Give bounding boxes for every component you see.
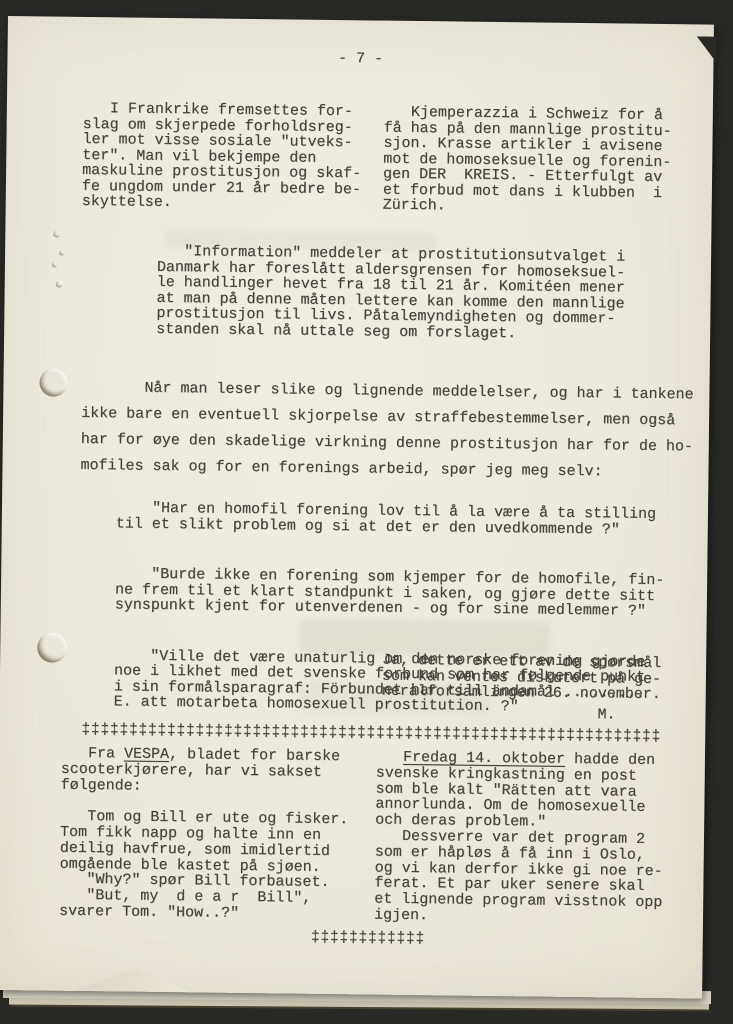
closing-divider: ‡‡‡‡‡‡‡‡‡‡‡‡ — [311, 930, 425, 947]
article-switzerland: Kjemperazzia i Schweiz for å få has på d… — [383, 105, 672, 217]
article-vespa-joke: Fra VESPA, bladet for barske scooterkjør… — [59, 746, 349, 923]
editorial-answer: Ja, dette er ett av de spørsmål som kan … — [382, 653, 662, 703]
article-information-denmark: "Information" meddeler at prostitutionsu… — [156, 244, 625, 343]
staple-mark — [59, 251, 64, 256]
staple-mark — [56, 281, 63, 288]
punch-hole — [39, 368, 67, 396]
question-quote-1: "Har en homofil forening lov til å la væ… — [116, 500, 665, 538]
radio-body-text: hadde den svenske kringkastning en post … — [374, 751, 663, 924]
radio-lead-text — [376, 749, 403, 766]
article-france: I Frankrike fremsettes for- slag om skje… — [82, 101, 362, 213]
vespa-body-text: , bladet for barske scooterkjørere, har … — [59, 746, 348, 922]
staple-mark — [53, 231, 60, 238]
document-page: - 7 - I Frankrike fremsettes for- slag o… — [0, 16, 714, 999]
editorial-signature: M. — [597, 707, 615, 723]
page-number: - 7 - — [7, 46, 713, 72]
staple-mark — [52, 263, 57, 268]
editorial-questions: "Har en homofil forening lov til å la væ… — [113, 469, 665, 751]
punch-hole — [37, 632, 67, 662]
article-swedish-radio: Fredag 14. oktober hadde den svenske kri… — [374, 750, 664, 927]
corner-crease — [72, 967, 190, 992]
scan-background: - 7 - I Frankrike fremsettes for- slag o… — [0, 0, 733, 1024]
question-quote-2: "Burde ikke en forening som kjemper for … — [115, 566, 665, 619]
